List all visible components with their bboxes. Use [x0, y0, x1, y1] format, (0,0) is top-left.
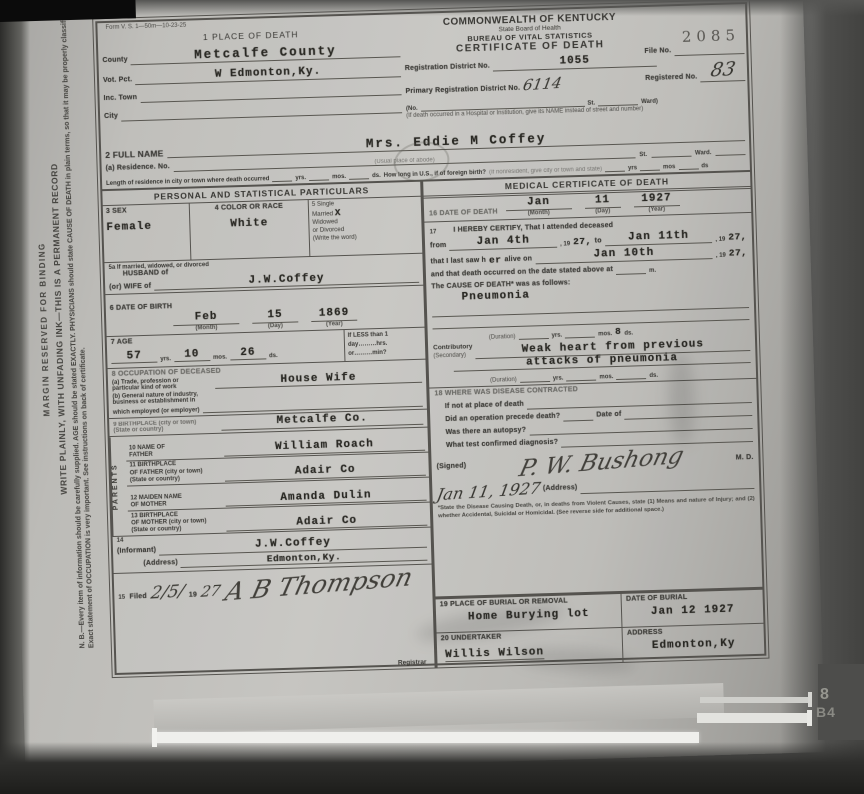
street-no-open-label: (No. — [406, 105, 418, 111]
dob-year-line: 1869 — [311, 308, 357, 322]
dob-day-line: 15 — [252, 310, 298, 324]
sex-cell: 3 SEX Female — [103, 204, 192, 263]
signed-label: (Signed) — [437, 462, 467, 472]
dur1-ds-value: 8 — [615, 327, 621, 337]
age-yrs-cap: yrs. — [160, 356, 171, 362]
city-label: City — [104, 113, 118, 122]
us-yrs: yrs — [628, 165, 637, 171]
filed-date-handwritten: 2/5/ — [149, 581, 186, 603]
less-line3: or………min? — [348, 348, 422, 359]
from-year: 27, — [573, 237, 592, 248]
full-name-value: Mrs. Eddie M Coffey — [366, 133, 547, 151]
duration2-caption: (Duration) — [490, 377, 517, 384]
from-label: from — [430, 242, 447, 251]
mother-birthplace-label: 13 BIRTHPLACEOF MOTHER (city or town)(St… — [131, 510, 224, 534]
dob-day-caption: (Day) — [268, 323, 283, 329]
marital-mark: X — [335, 207, 342, 218]
from-date: Jan 4th — [476, 236, 530, 249]
parents-vertical-label: PARENTS — [110, 436, 129, 536]
residence-label: (a) Residence. No. — [106, 164, 171, 175]
birthplace-label: 9 BIRTHPLACE (city or town)(State or cou… — [113, 419, 218, 434]
dur2-ds: ds. — [649, 373, 658, 379]
ward-close-label: Ward) — [641, 98, 658, 104]
dod-day: 11 — [595, 195, 611, 207]
primary-district-label: Primary Registration District No. — [405, 85, 520, 97]
age-ds: 26 — [240, 347, 256, 359]
certificate-paper: MARGIN RESERVED FOR BINDING WRITE PLAINL… — [3, 0, 826, 776]
age-mos-cap: mos. — [213, 355, 227, 361]
death-certificate-form: Form V. S. 1—50m—10-23-25 1 PLACE OF DEA… — [95, 2, 766, 675]
voting-precinct-value: W Edmonton,Ky. — [215, 67, 322, 82]
street-label: St. — [587, 100, 595, 106]
dob-year-caption: (Year) — [326, 321, 343, 327]
len-mos-line — [309, 171, 329, 182]
file-no-line — [674, 44, 744, 56]
inc-town-line — [140, 84, 402, 103]
place-section-title: 1 PLACE OF DEATH — [102, 26, 400, 45]
parents-rows: 10 NAME OFFATHER William Roach 11 BIRTHP… — [126, 427, 431, 535]
filed-year-handwritten: 27 — [200, 581, 223, 600]
father-birthplace-value: Adair Co — [295, 465, 356, 478]
burial-date-value: Jan 12 1927 — [626, 604, 759, 619]
dur1-yrs: yrs. — [551, 332, 562, 338]
filed-number: 15 — [118, 594, 125, 600]
dob-year: 1869 — [319, 308, 350, 320]
occ-trade-label: (a) Trade, profession orparticular kind … — [112, 377, 212, 392]
left-shadow-band — [0, 0, 30, 794]
dod-day-line: 11 — [584, 195, 620, 209]
sex-value: Female — [106, 221, 186, 235]
len-yrs-line — [272, 172, 292, 183]
dob-day: 15 — [267, 310, 283, 322]
residence-st-line — [651, 147, 691, 158]
from-19: , 19 — [560, 241, 570, 247]
burial-date-cell: DATE OF BURIAL Jan 12 1927 — [622, 590, 764, 628]
registration-district-value: 1055 — [559, 56, 590, 68]
place-of-death-section: 1 PLACE OF DEATH CountyMetcalfe County V… — [102, 26, 402, 121]
file-numbers: 2085 File No. Registered No.83 — [644, 26, 746, 84]
medical-column: MEDICAL CERTIFICATE OF DEATH 16 DATE OF … — [422, 172, 764, 668]
undertaker-address-label: ADDRESS — [627, 626, 760, 639]
dob-month-line: Feb — [173, 312, 239, 326]
len-mos: mos. — [332, 174, 346, 180]
us-ds-line — [678, 160, 698, 171]
dod-month: Jan — [527, 197, 550, 209]
dur1-mos-line — [565, 327, 595, 338]
father-birthplace-label: 11 BIRTHPLACEOF FATHER (city or town)(St… — [129, 460, 222, 484]
marital-married: Married — [312, 211, 333, 219]
to-date: Jan 11th — [628, 231, 689, 244]
sex-race-marital-row: 3 SEX Female 4 COLOR OR RACE White 5 Sin… — [103, 197, 423, 263]
margin-instructions: MARGIN RESERVED FOR BINDING WRITE PLAINL… — [30, 8, 102, 649]
county-value: Metcalfe County — [194, 45, 337, 62]
file-no-label: File No. — [644, 47, 671, 57]
address-caption: (Address) — [543, 484, 578, 494]
us-ds: ds — [701, 163, 708, 169]
viewer-bottom-bar — [153, 732, 699, 743]
len-ds-line — [349, 169, 369, 180]
us-yrs-line — [605, 162, 625, 173]
stacked-sheet-edge — [153, 683, 724, 734]
dob-label: 6 DATE OF BIRTH — [110, 304, 173, 313]
personal-column: PERSONAL AND STATISTICAL PARTICULARS 3 S… — [102, 182, 436, 677]
dod-month-caption: (Month) — [528, 210, 550, 217]
duration1-caption: (Duration) — [489, 334, 516, 341]
dod-label: 16 DATE OF DEATH — [429, 208, 498, 219]
lastsaw-19: , 19 — [716, 252, 726, 258]
to-year: 27, — [728, 232, 747, 243]
disease-contracted-block: 18 WHERE WAS DISEASE CONTRACTED If not a… — [429, 379, 762, 597]
undertaker-address-value: Edmonton,Ky — [627, 638, 760, 653]
registration-district-line: 1055 — [493, 54, 657, 71]
father-name-label: 10 NAME OFFATHER — [129, 442, 221, 459]
informant-label: (Informant) — [117, 547, 156, 557]
lastsaw-date-line: Jan 10th — [535, 246, 713, 264]
race-cell: 4 COLOR OR RACE White — [190, 200, 311, 260]
len-yrs: yrs. — [295, 175, 306, 181]
burial-date-label: DATE OF BURIAL — [626, 592, 759, 605]
to-date-line: Jan 11th — [604, 231, 712, 247]
viewer-marker-bar-top — [700, 697, 812, 703]
voting-precinct-line: W Edmonton,Ky. — [135, 64, 401, 84]
operation-line — [563, 411, 593, 422]
race-value: White — [193, 217, 305, 232]
alive-on-label: alive on — [504, 255, 532, 265]
dod-year-line: 1927 — [633, 193, 679, 207]
age-ds-line: 26 — [230, 347, 266, 361]
dob-month-caption: (Month) — [195, 325, 217, 332]
registered-no-value: 83 — [708, 58, 736, 82]
city-line — [121, 102, 402, 121]
dur1-mos: mos. — [598, 331, 612, 337]
occ-industry-label3: which employed (or employer) — [113, 408, 200, 417]
less-than-day-cell: If LESS than 1 day………hrs. or………min? — [344, 328, 426, 361]
dod-year-caption: (Year) — [648, 206, 665, 212]
residence-st-label: St. — [639, 152, 647, 158]
contributory-value2: attacks of pneumonia — [526, 353, 678, 369]
to-label: to — [595, 238, 602, 247]
dod-day-caption: (Day) — [595, 208, 610, 214]
father-name-value: William Roach — [275, 440, 374, 454]
occ-trade-value: House Wife — [280, 372, 356, 386]
operation-label: Did an operation precede death? — [445, 413, 560, 425]
full-name-label: 2 FULL NAME — [105, 148, 164, 160]
dur2-yrs-line — [520, 372, 550, 383]
physician-address-line — [580, 479, 754, 494]
registration-district-label: Registration District No. — [405, 62, 490, 73]
form-columns: PERSONAL AND STATISTICAL PARTICULARS 3 S… — [102, 170, 764, 677]
lastsaw-er: er — [489, 255, 502, 265]
microfilm-scan: MARGIN RESERVED FOR BINDING WRITE PLAINL… — [0, 0, 864, 794]
age-mos: 10 — [184, 349, 200, 361]
viewer-marker-bar-bottom — [697, 713, 812, 723]
state-heading: COMMONWEALTH OF KENTUCKY State Board of … — [403, 11, 658, 119]
age-mos-line: 10 — [174, 349, 210, 363]
age-yrs-line: 57 — [111, 350, 157, 364]
dod-year: 1927 — [641, 193, 672, 205]
age-ds-cap: ds. — [269, 353, 278, 359]
registered-no-label: Registered No. — [645, 74, 697, 84]
lastsaw-year: 27, — [729, 248, 748, 259]
sex-label: 3 SEX — [106, 206, 186, 217]
autopsy-label: Was there an autopsy? — [446, 427, 527, 438]
filed-19: 19 — [189, 591, 197, 598]
mother-birthplace-value: Adair Co — [296, 515, 357, 528]
marital-write-word: (Write the word) — [313, 232, 419, 243]
mother-name-label: 12 MAIDEN NAMEOF MOTHER — [130, 492, 222, 509]
county-label: County — [102, 57, 128, 66]
len-ds: ds. — [372, 173, 381, 179]
form-header: 1 PLACE OF DEATH CountyMetcalfe County V… — [97, 4, 748, 143]
dur1-yrs-line — [518, 329, 548, 340]
occurred-time-line — [616, 264, 646, 275]
certification-block: 17I HEREBY CERTIFY, That I attended dece… — [424, 213, 756, 389]
md-label: M. D. — [736, 454, 754, 463]
signature-date-handwritten: Jan 11, 1927 — [435, 479, 542, 505]
lastsaw-date: Jan 10th — [593, 248, 654, 261]
viewer-marker-label-top: 8 — [820, 686, 830, 704]
dur2-ds-line — [616, 369, 646, 380]
filed-block: 15 Filed 2/5/ 19 27 A B Thompson Registr… — [114, 564, 435, 677]
informant-address-label: (Address) — [143, 559, 178, 569]
us-mos-line — [640, 161, 660, 172]
street-line — [598, 95, 638, 106]
informant-address-value: Edmonton,Ky. — [267, 552, 342, 564]
contributory-label: Contributory(Secondary) — [433, 343, 473, 360]
to-19: , 19 — [715, 237, 725, 243]
marital-cell: 5 Single Married X Widowed or Divorced (… — [309, 197, 423, 256]
undertaker-address-cell: ADDRESS Edmonton,Ky — [623, 624, 765, 662]
registrar-label: Registrar — [398, 659, 427, 667]
dob-month: Feb — [195, 312, 218, 324]
ifnot-label: If not at place of death — [445, 401, 524, 412]
registered-no-line: 83 — [700, 58, 745, 82]
bottom-shadow-band — [0, 742, 864, 794]
voting-precinct-label: Vot. Pct. — [103, 76, 133, 86]
inc-town-label: Inc. Town — [103, 94, 137, 104]
informant-value: J.W.Coffey — [255, 538, 331, 552]
dod-month-line: Jan — [505, 196, 571, 210]
primary-district-value: 6114 — [521, 73, 563, 94]
us-mos: mos — [663, 164, 676, 170]
mother-name-value: Amanda Dulin — [280, 490, 372, 504]
race-label: 4 COLOR OR RACE — [193, 202, 305, 214]
wife-of-label: (or) WIFE of — [109, 282, 151, 292]
lastsaw-label: that I last saw h — [430, 257, 486, 267]
spouse-value: J.W.Coffey — [248, 273, 324, 287]
dateof-label: Date of — [596, 411, 621, 420]
residence-ward-line — [715, 145, 745, 156]
from-date-line: Jan 4th — [449, 235, 557, 251]
parents-block: PARENTS 10 NAME OFFATHER William Roach 1… — [110, 427, 431, 537]
test-label: What test confirmed diagnosis? — [446, 439, 558, 451]
dur1-ds: ds. — [624, 330, 633, 336]
occurred-m: m. — [649, 267, 656, 273]
filed-label: Filed — [129, 593, 147, 601]
viewer-marker-label-bottom: B4 — [816, 704, 836, 720]
age-yrs: 57 — [126, 351, 142, 363]
certify-number: 17 — [430, 230, 437, 236]
dur2-yrs: yrs. — [553, 376, 564, 382]
county-line: Metcalfe County — [130, 43, 400, 65]
dur2-mos-line — [566, 371, 596, 382]
residence-ward-label: Ward. — [695, 150, 712, 156]
dur2-mos: mos. — [599, 374, 613, 380]
birthplace-value: Metcalfe Co. — [276, 414, 368, 428]
film-frame-corner — [0, 0, 136, 22]
